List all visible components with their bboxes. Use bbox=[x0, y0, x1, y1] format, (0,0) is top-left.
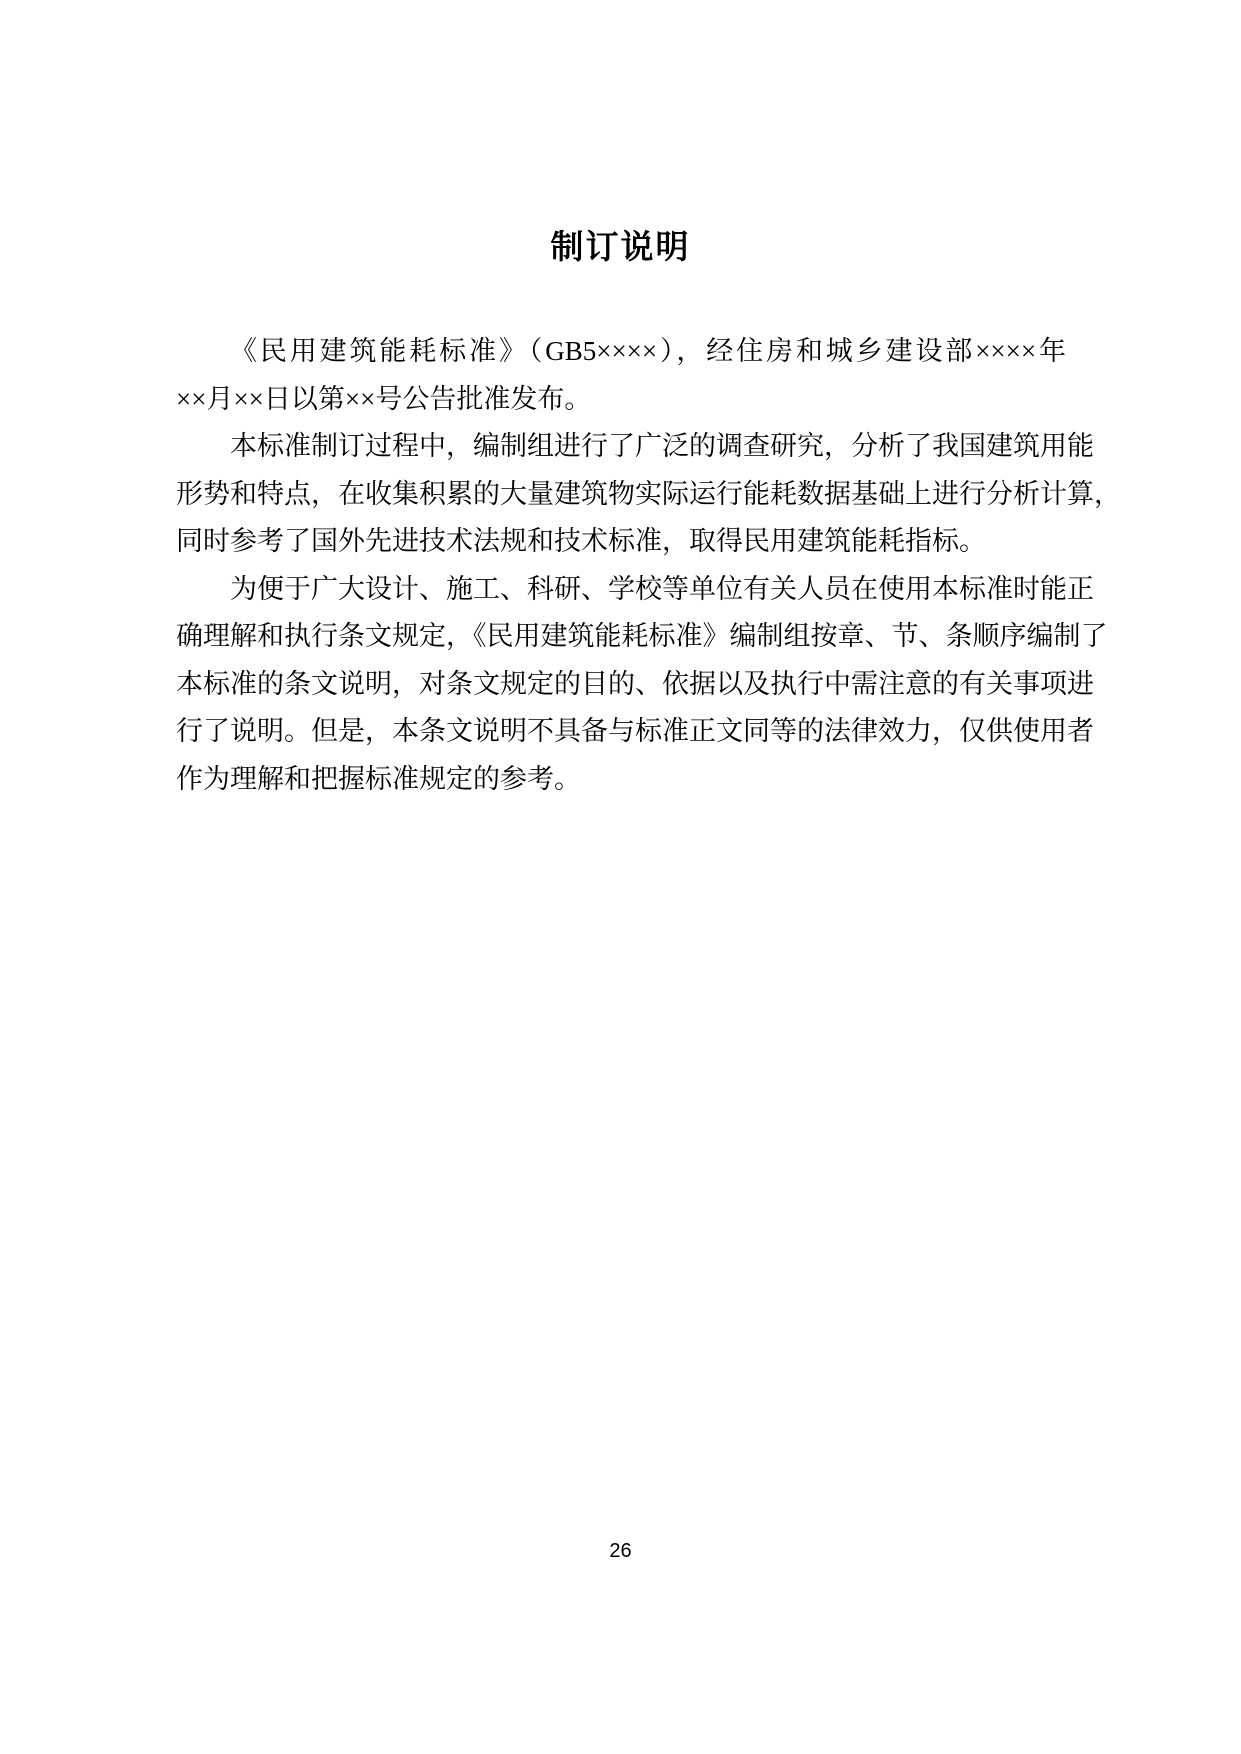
document-title: 制订说明 bbox=[0, 228, 1241, 268]
paragraph-3-line-3: 本标准的条文说明，对条文规定的目的、依据以及执行中需注意的有关事项进 bbox=[176, 661, 1066, 709]
paragraph-1-line-2: ××月××日以第××号公告批准发布。 bbox=[176, 376, 1066, 424]
paragraph-3-line-1: 为便于广大设计、施工、科研、学校等单位有关人员在使用本标准时能正 bbox=[176, 566, 1066, 614]
paragraph-3-line-4: 行了说明。但是，本条文说明不具备与标准正文同等的法律效力，仅供使用者 bbox=[176, 708, 1066, 756]
paragraph-2-line-2: 形势和特点，在收集积累的大量建筑物实际运行能耗数据基础上进行分析计算， bbox=[176, 471, 1066, 519]
paragraph-2-line-1: 本标准制订过程中，编制组进行了广泛的调查研究，分析了我国建筑用能 bbox=[176, 423, 1066, 471]
document-body: 《民用建筑能耗标准》（GB5××××），经住房和城乡建设部××××年××月××日… bbox=[176, 328, 1066, 803]
paragraph-3-line-5: 作为理解和把握标准规定的参考。 bbox=[176, 756, 1066, 804]
page-number: 26 bbox=[0, 1538, 1241, 1564]
paragraph-2-line-3: 同时参考了国外先进技术法规和技术标准，取得民用建筑能耗指标。 bbox=[176, 518, 1066, 566]
document-page: 制订说明 《民用建筑能耗标准》（GB5××××），经住房和城乡建设部××××年×… bbox=[0, 0, 1241, 1754]
paragraph-1-line-1: 《民用建筑能耗标准》（GB5××××），经住房和城乡建设部××××年 bbox=[176, 328, 1066, 376]
paragraph-3-line-2: 确理解和执行条文规定，《民用建筑能耗标准》编制组按章、节、条顺序编制了 bbox=[176, 613, 1066, 661]
